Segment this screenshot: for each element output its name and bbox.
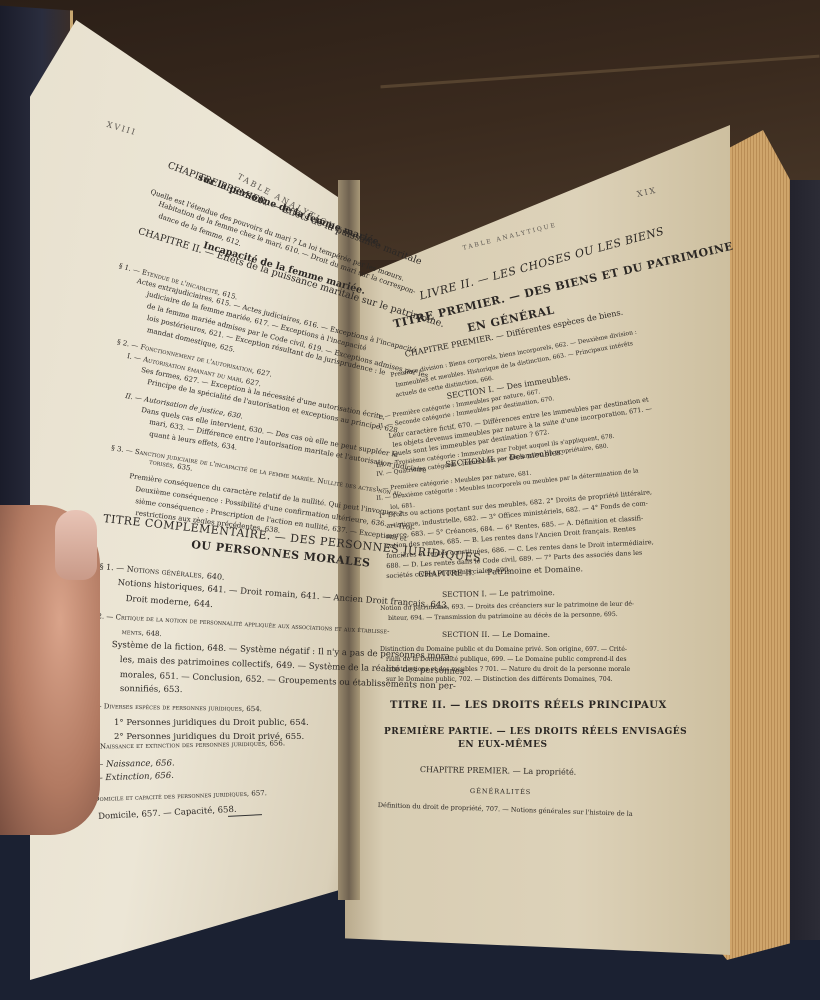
toc-title: TITRE II. — LES DROITS RÉELS PRINCIPAUX: [390, 700, 667, 711]
toc-line: rium de la Domanialité publique, 699. — …: [386, 656, 627, 663]
toc-line: sur le Domaine public, 702. — Distinctio…: [386, 676, 613, 683]
toc-line: Distinction du Domaine public et du Doma…: [380, 646, 627, 653]
toc-title: EN EUX-MÊMES: [458, 740, 547, 750]
toc-line: sonnifiés, 653.: [120, 684, 183, 695]
toc-title: PREMIÈRE PARTIE. — LES DROITS RÉELS ENVI…: [384, 727, 687, 737]
toc-heading: GÉNÉRALITÉS: [470, 787, 532, 796]
toc-line: 1° Personnes juridiques du Droit public,…: [114, 718, 309, 728]
toc-line: constructions et des meubles ? 701. — Na…: [386, 666, 630, 673]
thumbnail: [55, 510, 97, 580]
shelf-edge: [380, 55, 819, 89]
toc-heading: SECTION II. — Le Domaine.: [442, 630, 550, 639]
